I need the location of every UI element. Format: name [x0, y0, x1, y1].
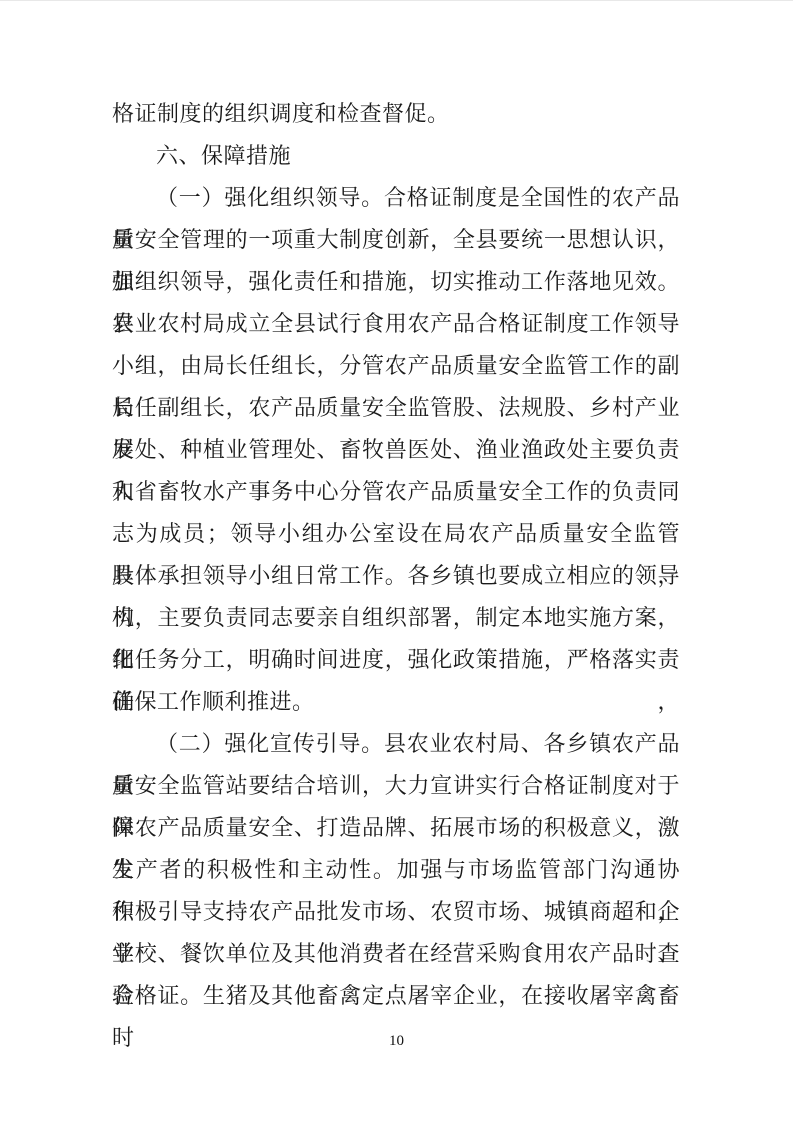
text-line: 生产者的积极性和主动性。加强与市场监管部门沟通协作， [112, 849, 680, 891]
text-line: 障农产品质量安全、打造品牌、拓展市场的积极意义，激发 [112, 807, 680, 849]
text-line: 和省畜牧水产事务中心分管农产品质量安全工作的负责同 [112, 471, 680, 513]
text-line: 量安全监管站要结合培训，大力宣讲实行合格证制度对于保 [112, 765, 680, 807]
text-line: （二）强化宣传引导。县农业农村局、各乡镇农产品质 [112, 723, 680, 765]
document-page: 格证制度的组织调度和检查督促。 六、保障措施 （一）强化组织领导。合格证制度是全… [0, 0, 793, 1122]
text-line: 学校、餐饮单位及其他消费者在经营采购食用农产品时查验 [112, 933, 680, 975]
text-line: 具体承担领导小组日常工作。各乡镇也要成立相应的领导机 [112, 555, 680, 597]
text-line: 格证制度的组织调度和检查督促。 [112, 93, 680, 135]
page-number: 10 [0, 1033, 793, 1050]
text-line: 积极引导支持农产品批发市场、农贸市场、城镇商超和企业、 [112, 891, 680, 933]
text-line: 志为成员；领导小组办公室设在局农产品质量安全监管股， [112, 513, 680, 555]
section-heading: 六、保障措施 [112, 135, 680, 177]
text-line: 长任副组长，农产品质量安全监管股、法规股、乡村产业发 [112, 387, 680, 429]
text-line: 强组织领导，强化责任和措施，切实推动工作落地见效。县 [112, 261, 680, 303]
document-body: 格证制度的组织调度和检查督促。 六、保障措施 （一）强化组织领导。合格证制度是全… [112, 93, 680, 1017]
text-line: 展处、种植业管理处、畜牧兽医处、渔业渔政处主要负责人 [112, 429, 680, 471]
text-line: 农业农村局成立全县试行食用农产品合格证制度工作领导 [112, 303, 680, 345]
text-line: （一）强化组织领导。合格证制度是全国性的农产品质 [112, 177, 680, 219]
text-line: 合格证。生猪及其他畜禽定点屠宰企业，在接收屠宰禽畜时 [112, 975, 680, 1017]
text-line: 小组，由局长任组长，分管农产品质量安全监管工作的副局 [112, 345, 680, 387]
text-line: 化任务分工，明确时间进度，强化政策措施，严格落实责任， [112, 639, 680, 681]
text-line: 量安全管理的一项重大制度创新，全县要统一思想认识，加 [112, 219, 680, 261]
text-line: 构，主要负责同志要亲自组织部署，制定本地实施方案，细 [112, 597, 680, 639]
